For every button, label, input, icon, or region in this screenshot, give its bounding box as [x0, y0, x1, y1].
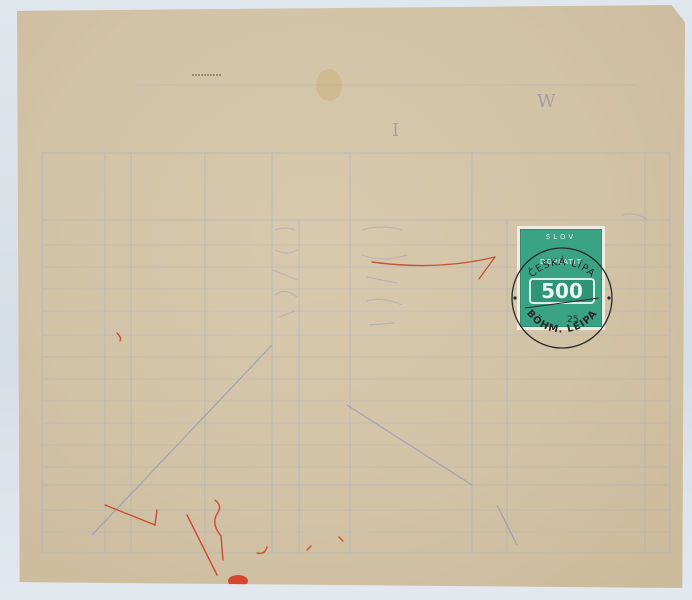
stamp-label: DOPLATIT	[521, 258, 601, 266]
pencil-mark-i: I	[392, 120, 399, 141]
stamp-country-text: SLOV	[521, 233, 601, 241]
stamp-value: 500	[529, 278, 595, 304]
pencil-mark-w: W	[537, 91, 556, 112]
stamp-face: SLOV DOPLATIT 500	[520, 229, 602, 327]
postage-stamp: SLOV DOPLATIT 500	[517, 226, 605, 330]
